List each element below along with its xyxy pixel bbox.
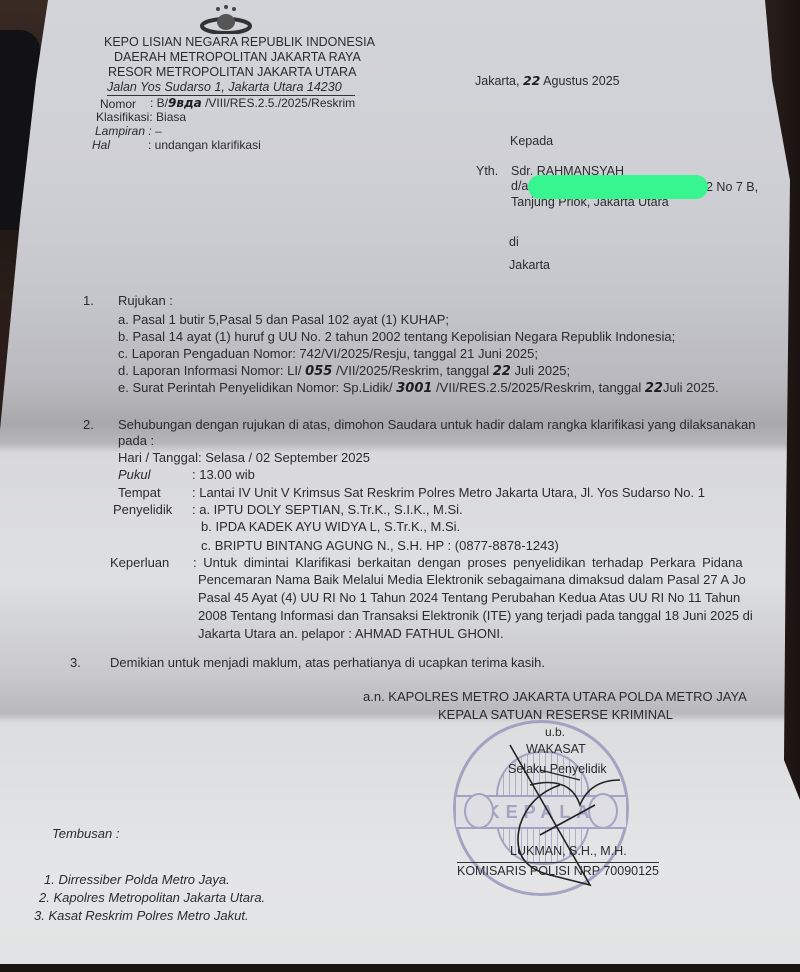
tembusan-item-2: 2. Kapolres Metropolitan Jakarta Utara.	[39, 890, 265, 905]
di-label: di	[509, 235, 519, 250]
signature-line-2: KEPALA SATUAN RESERSE KRIMINAL	[438, 707, 673, 722]
redaction-bar	[528, 175, 708, 199]
rujukan-item-e: e. Surat Perintah Penyelidikan Nomor: Sp…	[118, 380, 719, 396]
signatory-name: LUKMAN, S.H., M.H.	[510, 844, 627, 859]
handwritten-number: 055	[305, 364, 332, 379]
letterhead-line-2: DAERAH METROPOLITAN JAKARTA RAYA	[114, 50, 361, 65]
handwritten-signature-icon	[470, 735, 690, 905]
letter-date: Jakarta, 22 Agustus 2025	[475, 73, 620, 89]
section-2-number: 2.	[83, 417, 94, 432]
lampiran-row: Lampiran : –	[95, 124, 162, 139]
rujukan-text: Pasal 1 butir 5,Pasal 5 dan Pasal 102 ay…	[132, 312, 449, 327]
rujukan-letter: e.	[118, 380, 129, 395]
tempat-value: : Lantai IV Unit V Krimsus Sat Reskrim P…	[192, 485, 705, 500]
keperluan-label: Keperluan	[110, 555, 169, 570]
penyelidik-b: b. IPDA KADEK AYU WIDYA L, S.Tr.K., M.Si…	[201, 519, 460, 534]
penyelidik-label: Penyelidik	[113, 502, 172, 517]
handwritten-number: 3001	[396, 381, 432, 396]
rujukan-text: Laporan Pengaduan Nomor: 742/VI/2025/Res…	[132, 346, 538, 361]
section-3-text: Demikian untuk menjadi maklum, atas perh…	[110, 655, 545, 670]
date-day-handwritten: 22	[523, 73, 540, 88]
penyelidik-a: : a. IPTU DOLY SEPTIAN, S.Tr.K., S.I.K.,…	[192, 502, 463, 517]
section-1-title: Rujukan :	[118, 293, 173, 308]
recipient-address-prefix: d/a	[511, 179, 528, 194]
hal-label: Hal	[92, 138, 110, 153]
rujukan-letter: d.	[118, 363, 129, 378]
rujukan-letter: a.	[118, 312, 129, 327]
klasifikasi-label: Klasifikasi:	[96, 110, 153, 124]
background-bottom-edge	[0, 964, 800, 972]
klasifikasi-row: Klasifikasi: Biasa	[96, 110, 186, 125]
rujukan-item-c: c. Laporan Pengaduan Nomor: 742/VI/2025/…	[118, 346, 538, 361]
pukul-value: : 13.00 wib	[192, 467, 255, 482]
section-2-intro: Sehubungan dengan rujukan di atas, dimoh…	[118, 417, 755, 432]
lampiran-label: Lampiran :	[95, 124, 152, 138]
section-2-intro-2: pada :	[118, 433, 154, 448]
police-emblem-icon	[198, 4, 254, 34]
rujukan-item-b: b. Pasal 14 ayat (1) huruf g UU No. 2 ta…	[118, 329, 675, 344]
rujukan-item-a: a. Pasal 1 butir 5,Pasal 5 dan Pasal 102…	[118, 312, 449, 327]
keperluan-line-5: Jakarta Utara an. pelapor : AHMAD FATHUL…	[198, 626, 504, 641]
nomor-value: : B/9вда /VIII/RES.2.5./2025/Reskrim	[150, 96, 355, 111]
rujukan-text: Juli 2025;	[514, 363, 570, 378]
yth-label: Yth.	[476, 164, 498, 179]
rujukan-letter: c.	[118, 346, 128, 361]
rujukan-text: Laporan Informasi Nomor: LI/	[132, 363, 301, 378]
hal-value: : undangan klarifikasi	[148, 138, 261, 153]
recipient-city: Jakarta	[509, 258, 550, 273]
signatory-rank: KOMISARIS POLISI NRP 70090125	[457, 862, 659, 879]
letterhead-address: Jalan Yos Sudarso 1, Jakarta Utara 14230	[107, 80, 355, 96]
tembusan-title: Tembusan :	[52, 826, 119, 841]
letter-paper: KEPO LISIAN NEGARA REPUBLIK INDONESIA DA…	[0, 0, 800, 964]
penyelidik-c: c. BRIPTU BINTANG AGUNG N., S.H. HP : (0…	[201, 538, 559, 553]
pukul-label: Pukul	[118, 467, 151, 482]
section-1-number: 1.	[83, 293, 94, 308]
letterhead-line-3: RESOR METROPOLITAN JAKARTA UTARA	[108, 65, 356, 80]
nomor-prefix: : B/	[150, 96, 168, 110]
keperluan-line-3: Pasal 45 Ayat (4) UU RI No 1 Tahun 2024 …	[198, 590, 740, 605]
kepada-label: Kepada	[510, 134, 553, 149]
recipient-address-end: 2 No 7 B,	[706, 180, 758, 195]
klasifikasi-value: Biasa	[156, 110, 186, 124]
keperluan-line-4: 2008 Tentang Informasi dan Transaksi Ele…	[198, 608, 753, 623]
rujukan-text: Surat Perintah Penyelidikan Nomor: Sp.Li…	[132, 380, 392, 395]
nomor-handwritten: 9вда	[168, 96, 202, 110]
rujukan-text: Juli 2025.	[663, 380, 719, 395]
lampiran-value: –	[155, 124, 162, 138]
rujukan-text: Pasal 14 ayat (1) huruf g UU No. 2 tahun…	[132, 329, 675, 344]
rujukan-item-d: d. Laporan Informasi Nomor: LI/ 055 /VII…	[118, 363, 570, 379]
keperluan-line-1: : Untuk dimintai Klarifikasi berkaitan d…	[193, 555, 743, 570]
section-3-number: 3.	[70, 655, 81, 670]
tempat-label: Tempat	[118, 485, 161, 500]
tembusan-item-3: 3. Kasat Reskrim Polres Metro Jakut.	[34, 908, 249, 923]
tembusan-item-1: 1. Dirressiber Polda Metro Jaya.	[44, 872, 230, 887]
handwritten-day: 22	[493, 364, 511, 379]
hari-tanggal: Hari / Tanggal: Selasa / 02 September 20…	[118, 450, 370, 465]
rujukan-text: /VII/2025/Reskrim, tanggal	[336, 363, 489, 378]
letterhead-line-1: KEPO LISIAN NEGARA REPUBLIK INDONESIA	[104, 35, 375, 50]
handwritten-day: 22	[645, 381, 663, 396]
date-prefix: Jakarta,	[475, 74, 519, 88]
signature-line-1: a.n. KAPOLRES METRO JAKARTA UTARA POLDA …	[363, 689, 747, 704]
rujukan-letter: b.	[118, 329, 129, 344]
date-month-year: Agustus 2025	[543, 74, 619, 88]
keperluan-line-2: Pencemaran Nama Baik Melalui Media Elekt…	[198, 572, 746, 587]
rujukan-text: /VII/RES.2.5/2025/Reskrim, tanggal	[436, 380, 641, 395]
nomor-suffix: /VIII/RES.2.5./2025/Reskrim	[205, 96, 355, 110]
